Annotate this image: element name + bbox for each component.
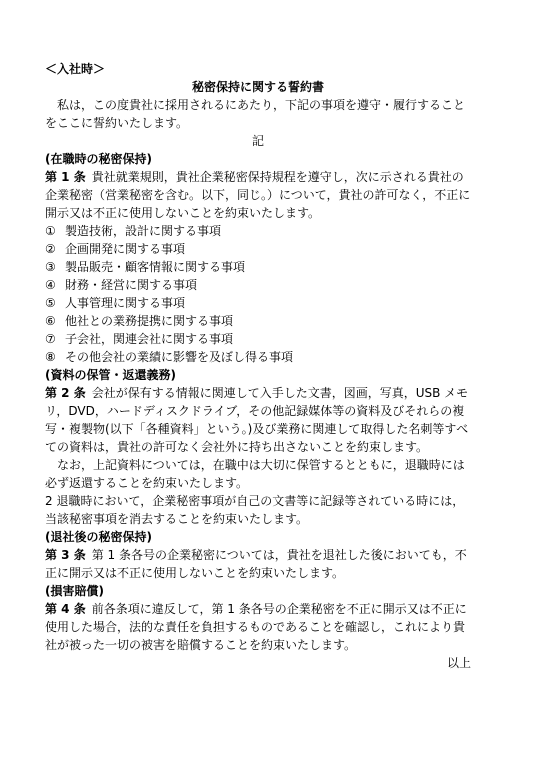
item-text: その他会社の業績に影響を及ぼし得る事項 bbox=[65, 348, 293, 366]
item-number: ③ bbox=[45, 258, 65, 276]
section-confidentiality-during-employment: (在職時の秘密保持) 第 1 条貴社就業規則，貴社企業秘密保持規程を遵守し，次に… bbox=[45, 150, 471, 366]
article-label: 第 1 条 bbox=[45, 170, 86, 184]
ki-label: 記 bbox=[45, 132, 471, 150]
item-text: 他社との業務提携に関する事項 bbox=[65, 312, 233, 330]
list-item: ⑧ その他会社の業績に影響を及ぼし得る事項 bbox=[45, 348, 471, 366]
item-text: 子会社，関連会社に関する事項 bbox=[65, 330, 233, 348]
article-4: 第 4 条前各条項に違反して，第 1 条各号の企業秘密を不正に開示又は不正に使用… bbox=[45, 600, 471, 654]
item-number: ⑦ bbox=[45, 330, 65, 348]
section-heading: (退社後の秘密保持) bbox=[45, 528, 471, 546]
document-page: ＜入社時＞ 秘密保持に関する誓約書 私は，この度貴社に採用されるにあたり，下記の… bbox=[45, 60, 471, 672]
section-post-employment-confidentiality: (退社後の秘密保持) 第 3 条第 1 条各号の企業秘密については，貴社を退社し… bbox=[45, 528, 471, 582]
item-text: 製造技術，設計に関する事項 bbox=[65, 222, 221, 240]
list-item: ④ 財務・経営に関する事項 bbox=[45, 276, 471, 294]
item-number: ⑧ bbox=[45, 348, 65, 366]
article-label: 第 2 条 bbox=[45, 386, 86, 400]
list-item: ⑦ 子会社，関連会社に関する事項 bbox=[45, 330, 471, 348]
article-1: 第 1 条貴社就業規則，貴社企業秘密保持規程を遵守し，次に示される貴社の企業秘密… bbox=[45, 168, 471, 222]
article-3: 第 3 条第 1 条各号の企業秘密については，貴社を退社した後においても，不正に… bbox=[45, 546, 471, 582]
article-label: 第 4 条 bbox=[45, 602, 86, 616]
closing-mark: 以上 bbox=[45, 654, 471, 672]
list-item: ③ 製品販売・顧客情報に関する事項 bbox=[45, 258, 471, 276]
item-number: ⑥ bbox=[45, 312, 65, 330]
item-number: ④ bbox=[45, 276, 65, 294]
document-title: 秘密保持に関する誓約書 bbox=[45, 78, 471, 96]
list-item: ② 企画開発に関する事項 bbox=[45, 240, 471, 258]
item-number: ② bbox=[45, 240, 65, 258]
header-label: ＜入社時＞ bbox=[45, 60, 471, 78]
item-number: ① bbox=[45, 222, 65, 240]
intro-paragraph: 私は，この度貴社に採用されるにあたり，下記の事項を遵守・履行することをここに誓約… bbox=[45, 96, 471, 132]
list-item: ⑤ 人事管理に関する事項 bbox=[45, 294, 471, 312]
article-2-note: なお，上記資料については，在職中は大切に保管するとともに，退職時には必ず返還する… bbox=[45, 456, 471, 492]
section-damages: (損害賠償) 第 4 条前各条項に違反して，第 1 条各号の企業秘密を不正に開示… bbox=[45, 582, 471, 654]
article-2: 第 2 条会社が保有する情報に関連して入手した文書，図画，写真，USB メモリ，… bbox=[45, 384, 471, 456]
item-text: 人事管理に関する事項 bbox=[65, 294, 185, 312]
item-text: 財務・経営に関する事項 bbox=[65, 276, 197, 294]
section-heading: (損害賠償) bbox=[45, 582, 471, 600]
item-number: ⑤ bbox=[45, 294, 65, 312]
section-heading: (在職時の秘密保持) bbox=[45, 150, 471, 168]
article-text: 貴社就業規則，貴社企業秘密保持規程を遵守し，次に示される貴社の企業秘密（営業秘密… bbox=[45, 170, 470, 220]
article-text: 会社が保有する情報に関連して入手した文書，図画，写真，USB メモリ，DVD，ハ… bbox=[45, 386, 468, 454]
list-item: ① 製造技術，設計に関する事項 bbox=[45, 222, 471, 240]
article-2-paragraph-2: 2 退職時において，企業秘密事項が自己の文書等に記録等されている時には，当該秘密… bbox=[45, 492, 471, 528]
item-text: 製品販売・顧客情報に関する事項 bbox=[65, 258, 245, 276]
confidential-items-list: ① 製造技術，設計に関する事項 ② 企画開発に関する事項 ③ 製品販売・顧客情報… bbox=[45, 222, 471, 366]
list-item: ⑥ 他社との業務提携に関する事項 bbox=[45, 312, 471, 330]
article-text: 前各条項に違反して，第 1 条各号の企業秘密を不正に開示又は不正に使用した場合，… bbox=[45, 602, 467, 652]
article-label: 第 3 条 bbox=[45, 548, 86, 562]
item-text: 企画開発に関する事項 bbox=[65, 240, 185, 258]
section-heading: (資料の保管・返還義務) bbox=[45, 366, 471, 384]
article-text: 第 1 条各号の企業秘密については，貴社を退社した後においても，不正に開示又は不… bbox=[45, 548, 467, 580]
section-material-return: (資料の保管・返還義務) 第 2 条会社が保有する情報に関連して入手した文書，図… bbox=[45, 366, 471, 528]
